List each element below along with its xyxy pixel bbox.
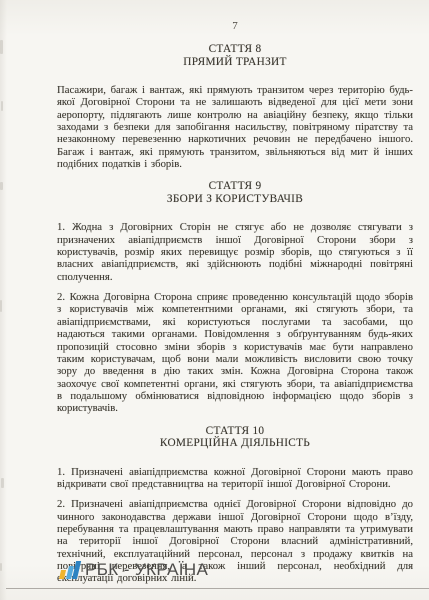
scan-artifact [1, 101, 3, 111]
page-number: 7 [57, 20, 413, 32]
scanned-document-page: 7 СТАТТЯ 8 ПРЯМИЙ ТРАНЗИТ Пасажири, бага… [0, 0, 429, 600]
article-10-title: СТАТТЯ 10 [57, 425, 413, 438]
scan-artifact [0, 182, 3, 190]
article-9-paragraph-1: 1. Жодна з Договірних Сторін не стягує а… [57, 221, 413, 283]
rbc-bar-blue [72, 561, 81, 579]
article-9-paragraph-2: 2. Кожна Договірна Сторона сприяє провед… [57, 291, 413, 414]
article-8-heading: СТАТТЯ 8 ПРЯМИЙ ТРАНЗИТ [57, 43, 413, 68]
rbc-bar-yellow [59, 570, 66, 579]
article-8-title: СТАТТЯ 8 [57, 43, 413, 56]
rbc-bars-icon [57, 560, 78, 579]
article-8-section: СТАТТЯ 8 ПРЯМИЙ ТРАНЗИТ Пасажири, багаж … [57, 43, 413, 170]
article-10-subtitle: КОМЕРЦІЙНА ДІЯЛЬНІСТЬ [57, 437, 413, 450]
article-9-subtitle: ЗБОРИ З КОРИСТУВАЧІВ [57, 193, 413, 206]
rbc-ukraine-logo-text: РБК - УКРАЇНА [85, 560, 208, 579]
scan-artifact [0, 563, 2, 571]
article-9-title: СТАТТЯ 9 [57, 180, 413, 193]
scan-artifact [0, 40, 3, 54]
article-10-heading: СТАТТЯ 10 КОМЕРЦІЙНА ДІЯЛЬНІСТЬ [57, 425, 413, 450]
article-10-paragraph-1: 1. Призначені авіапідприємства кожної До… [57, 466, 413, 491]
bottom-scan-rule [6, 588, 429, 589]
rbc-ukraine-watermark: РБК - УКРАЇНА [57, 560, 208, 579]
article-9-heading: СТАТТЯ 9 ЗБОРИ З КОРИСТУВАЧІВ [57, 180, 413, 205]
scan-artifact [0, 300, 2, 312]
article-8-subtitle: ПРЯМИЙ ТРАНЗИТ [57, 56, 413, 69]
article-8-paragraph-1: Пасажири, багаж і вантаж, які прямують т… [57, 84, 413, 170]
article-9-section: СТАТТЯ 9 ЗБОРИ З КОРИСТУВАЧІВ 1. Жодна з… [57, 180, 413, 414]
scan-artifact [1, 478, 4, 488]
